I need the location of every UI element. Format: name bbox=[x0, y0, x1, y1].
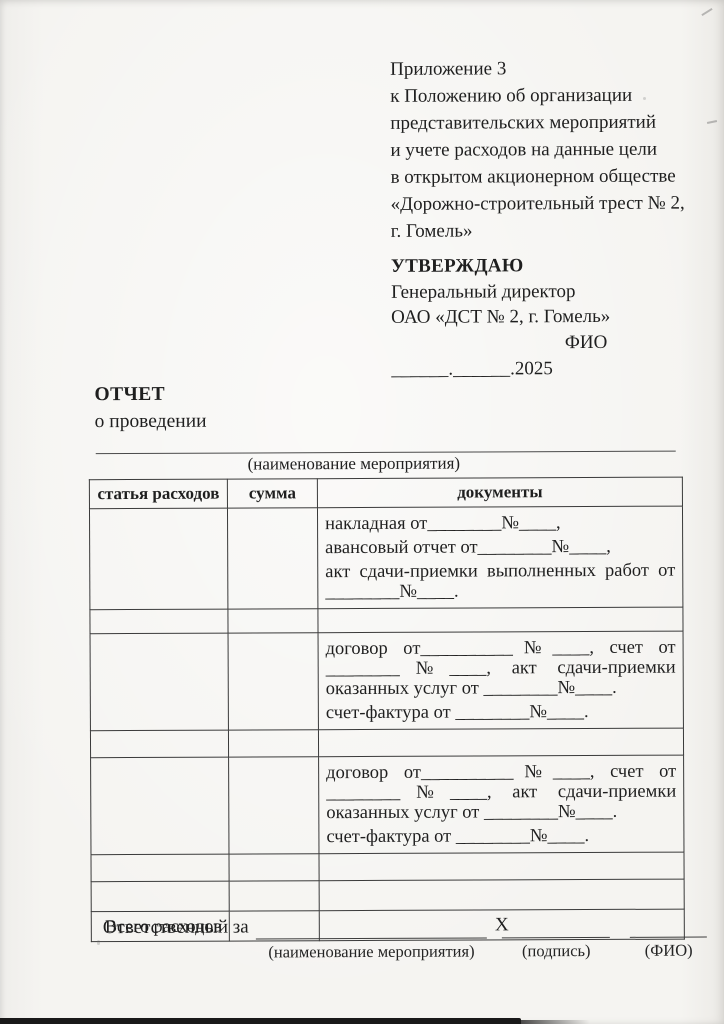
table-row bbox=[91, 879, 684, 912]
document-template-text: договор от__________№____, счет от _____… bbox=[326, 762, 676, 824]
caption-fio: (ФИО) bbox=[630, 940, 707, 960]
document-template-text: счет-фактура от ________№____. bbox=[326, 702, 676, 724]
amount-cell bbox=[228, 730, 318, 757]
event-name-field: (наименование мероприятия) bbox=[96, 409, 676, 476]
documents-cell: договор от__________№____, счет от _____… bbox=[318, 631, 683, 730]
signature-blank-line bbox=[256, 916, 488, 939]
report-title: ОТЧЕТ bbox=[94, 382, 206, 409]
document-template-text: авансовый отчет от________№____, bbox=[325, 537, 675, 559]
approval-org-line: Генеральный директор bbox=[391, 278, 683, 305]
table-row: накладная от________№____, авансовый отч… bbox=[89, 506, 682, 610]
scan-artifact bbox=[643, 97, 646, 100]
expense-item-cell bbox=[89, 508, 227, 610]
responsible-label: Ответственный за bbox=[103, 916, 249, 940]
appendix-line: Приложение 3 bbox=[390, 55, 690, 83]
signature-blank-line bbox=[502, 916, 610, 938]
header-documents: документы bbox=[317, 477, 682, 508]
header-expense-item: статья расходов bbox=[89, 479, 227, 509]
document-template-text: накладная от________№____, bbox=[325, 513, 675, 535]
documents-cell bbox=[319, 852, 684, 881]
amount-cell bbox=[228, 633, 318, 730]
table-row bbox=[91, 852, 684, 882]
event-name-caption: (наименование мероприятия) bbox=[64, 453, 644, 476]
documents-cell bbox=[318, 607, 683, 633]
table-row: договор от__________№____, счет от _____… bbox=[91, 755, 684, 855]
signature-field-event-name bbox=[256, 916, 488, 939]
document-template-text: договор от__________№____, счет от _____… bbox=[326, 638, 676, 700]
appendix-line: г. Гомель» bbox=[391, 217, 691, 245]
appendix-line: «Дорожно-строительный трест № 2, bbox=[391, 190, 691, 218]
appendix-line: в открытом акционерном обществе bbox=[390, 163, 690, 191]
documents-cell: накладная от________№____, авансовый отч… bbox=[317, 506, 682, 609]
approval-block: УТВЕРЖДАЮ Генеральный директор ОАО «ДСТ … bbox=[391, 253, 684, 383]
scan-edge-shadow bbox=[0, 1018, 521, 1024]
expense-item-cell bbox=[90, 633, 228, 731]
table-row: договор от__________№____, счет от _____… bbox=[90, 631, 683, 731]
table-row bbox=[90, 607, 683, 634]
amount-cell bbox=[229, 757, 319, 854]
scan-edge-shadow-fade bbox=[500, 1020, 590, 1024]
responsible-signature-block: Ответственный за Ответственный за (наиме… bbox=[103, 914, 707, 963]
approval-title: УТВЕРЖДАЮ bbox=[391, 253, 683, 280]
event-name-blank-line bbox=[96, 409, 676, 455]
amount-cell bbox=[228, 609, 318, 633]
documents-cell bbox=[319, 879, 684, 911]
documents-cell bbox=[318, 728, 683, 757]
document-template-text: акт сдачи-приемки выполненных работ от _… bbox=[325, 561, 675, 603]
page-content: Приложение 3 к Положению об организации … bbox=[0, 0, 724, 1024]
amount-cell bbox=[229, 854, 319, 881]
appendix-block: Приложение 3 к Положению об организации … bbox=[390, 55, 691, 245]
document-template-text: счет-фактура от ________№____. bbox=[326, 826, 676, 848]
amount-cell bbox=[227, 508, 317, 609]
approval-date-blank: ______.______.2025 bbox=[391, 356, 683, 383]
table-row bbox=[90, 728, 683, 758]
signature-blank-line bbox=[630, 915, 707, 937]
expense-item-cell bbox=[90, 730, 228, 758]
signature-field-signature bbox=[502, 916, 610, 938]
table-header-row: статья расходов сумма документы bbox=[89, 477, 682, 509]
appendix-line: и учете расходов на данные цели bbox=[390, 136, 690, 164]
appendix-line: представительских мероприятий bbox=[390, 109, 690, 137]
approval-org-line: ОАО «ДСТ № 2, г. Гомель» bbox=[391, 304, 683, 331]
expense-item-cell bbox=[91, 757, 229, 855]
header-amount: сумма bbox=[227, 479, 317, 508]
caption-signature: (подпись) bbox=[502, 941, 610, 961]
expenses-table: статья расходов сумма документы накладна… bbox=[89, 477, 685, 943]
caption-event-name: (наименование мероприятия) bbox=[256, 941, 487, 962]
approval-fio-label: ФИО bbox=[391, 329, 683, 356]
amount-cell bbox=[229, 881, 319, 911]
scan-artifact bbox=[97, 940, 100, 945]
signature-field-fio bbox=[630, 915, 707, 937]
expense-item-cell bbox=[91, 881, 229, 912]
scanned-document-page: Приложение 3 к Положению об организации … bbox=[0, 0, 724, 1024]
expense-item-cell bbox=[90, 609, 228, 634]
documents-cell: договор от__________№____, счет от _____… bbox=[319, 755, 684, 854]
expense-item-cell bbox=[91, 854, 229, 882]
appendix-line: к Положению об организации bbox=[390, 82, 690, 110]
